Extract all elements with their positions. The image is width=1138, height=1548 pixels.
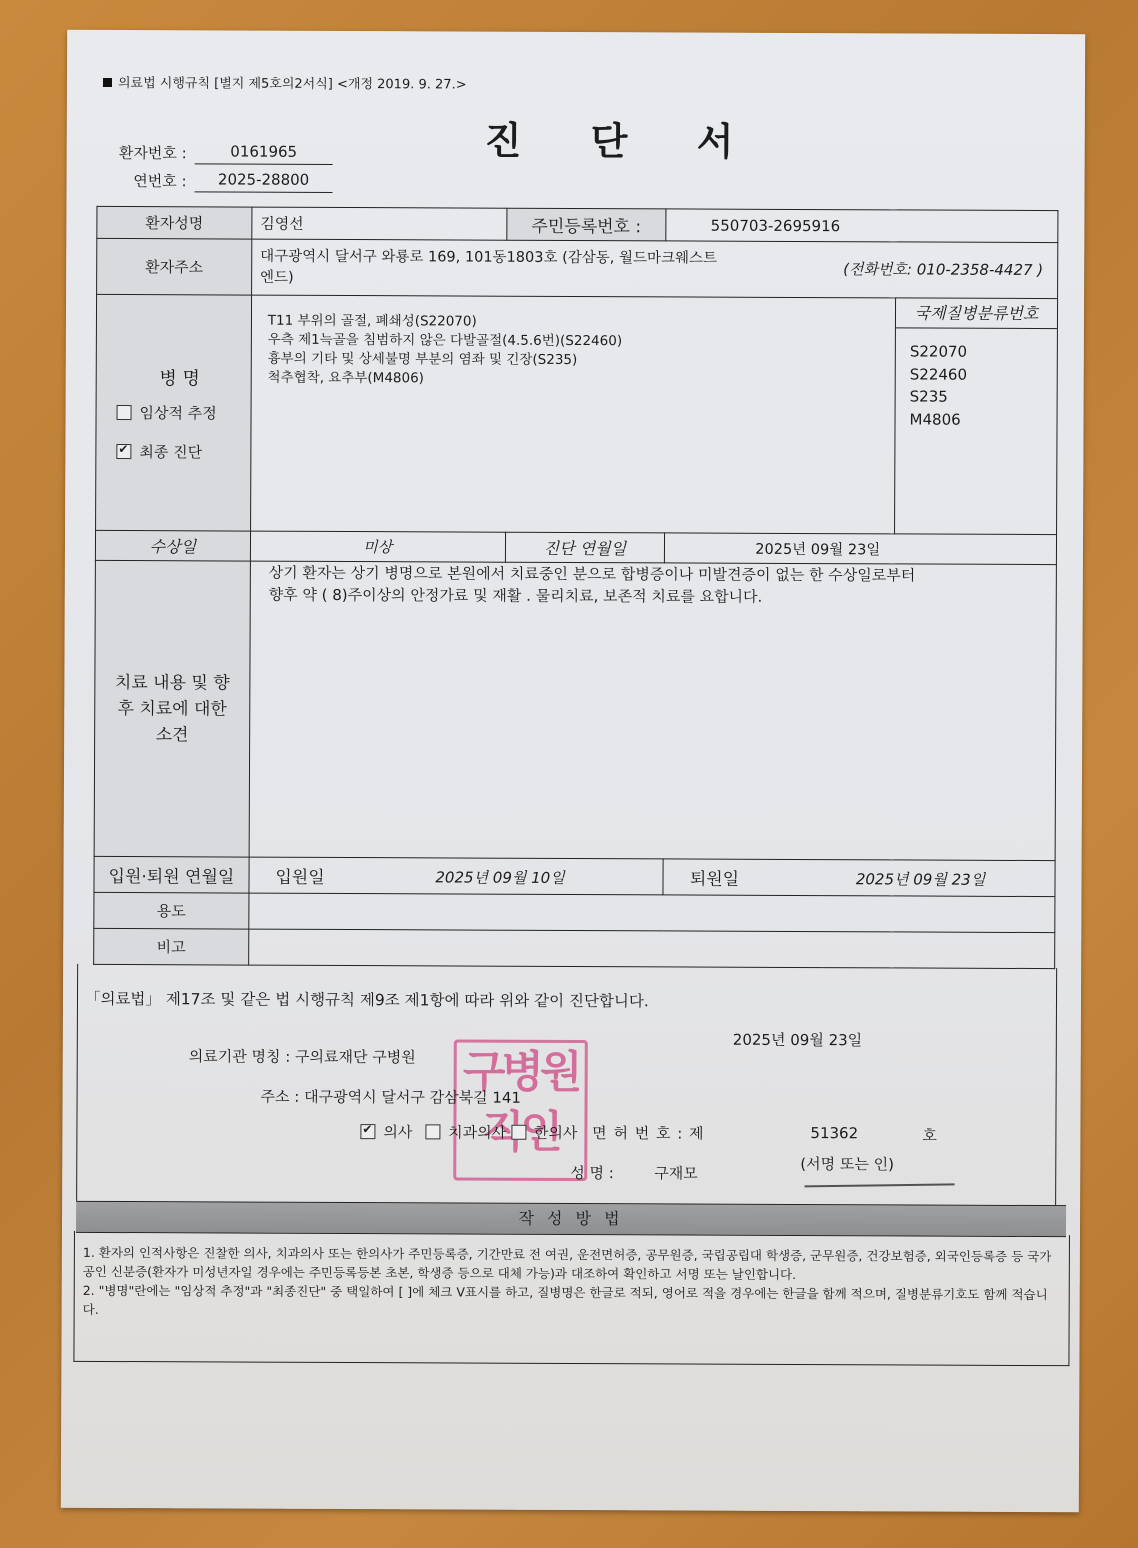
rrn-value: 550703-2695916 (666, 209, 1058, 243)
checkbox-final-diagnosis-checked[interactable] (116, 444, 131, 459)
opinion-text-cell: 상기 환자는 상기 병명으로 본원에서 치료중인 분으로 합병증이나 미발견증이… (249, 561, 1056, 861)
certificate-table: 환자성명 김영선 주민등록번호 : 550703-2695916 환자주소 대구… (93, 206, 1058, 969)
serial-number: 2025-28800 (195, 170, 333, 193)
form-reference: 의료법 시행규칙 [별지 제5호의2서식] <개정 2019. 9. 27.> (103, 72, 467, 93)
opinion-line2: 향후 약 ( 8)주이상의 안정가료 및 재활 . 물리치료, 보존적 치료를 … (269, 584, 1048, 609)
option-final-diagnosis[interactable]: 최종 진단 (116, 441, 242, 463)
icd-header: 국제질병분류번호 (896, 298, 1057, 329)
instructions-box: 1. 환자의 인적사항은 진찰한 의사, 치과의사 또는 한의사가 주민등록증,… (73, 1231, 1070, 1366)
purpose-label: 용도 (94, 892, 249, 929)
diagnosis-line: 척추협착, 요추부(M4806) (268, 369, 885, 391)
diagnosis-date-label: 진단 연월일 (505, 532, 665, 563)
icd-cell: 국제질병분류번호 S22070 S22460 S235 M4806 (895, 298, 1058, 535)
discharge-cell: 퇴원일 2025년 09월 23일 (663, 859, 1055, 897)
institution-address: 대구광역시 달서구 감삼북길 141 (304, 1088, 521, 1107)
purpose-value (249, 893, 1055, 933)
opinion-label: 치료 내용 및 향 후 치료에 대한 소견 (94, 560, 250, 857)
doctor-type-physician[interactable]: 의사 (360, 1123, 412, 1141)
icd-code-list: S22070 S22460 S235 M4806 (896, 328, 1057, 431)
icd-code: S22460 (910, 363, 1057, 386)
discharge-label: 퇴원일 (690, 870, 739, 890)
doctor-type-dentist[interactable]: 치과의사 (425, 1123, 506, 1141)
diagnosis-date: 2025년 09월 23일 (665, 533, 1057, 565)
doctor-type-oriental[interactable]: 한의사 (511, 1124, 578, 1142)
institution-address-label: 주소 : (261, 1088, 300, 1106)
checkbox-clinical-estimate[interactable] (117, 405, 132, 420)
diagnosis-label: 병 명 (117, 364, 243, 391)
form-reference-text: 의료법 시행규칙 [별지 제5호의2서식] <개정 2019. 9. 27.> (118, 76, 467, 93)
institution-row: 의료기관 명칭 : 구의료재단 구병원 (189, 1045, 416, 1067)
option-label: 최종 진단 (139, 443, 202, 461)
institution-address-row: 주소 : 대구광역시 달서구 감삼북길 141 (261, 1086, 522, 1108)
checkbox-dentist[interactable] (425, 1124, 440, 1139)
doctor-type-label: 의사 (383, 1123, 412, 1141)
instruction-item-2: 2. "병명"란에는 "임상적 추정"과 "최종진단" 중 택일하여 [ ]에 … (83, 1281, 1063, 1323)
doctor-type-row: 의사 치과의사 한의사 면 허 번 호 : 제 (360, 1121, 704, 1144)
checkbox-oriental-doctor[interactable] (511, 1125, 526, 1140)
doctor-type-label: 치과의사 (448, 1123, 506, 1141)
injury-date-label: 수상일 (95, 530, 250, 561)
option-clinical-estimate[interactable]: 임상적 추정 (117, 402, 243, 424)
license-label: 면 허 번 호 : 제 (592, 1124, 704, 1142)
institution-label: 의료기관 명칭 : (189, 1047, 291, 1065)
rrn-label: 주민등록번호 : (506, 208, 666, 241)
remarks-value (248, 929, 1054, 969)
icd-code: S235 (910, 385, 1057, 408)
hospitalization-label: 입원·퇴원 연월일 (94, 856, 249, 893)
institution-name: 구의료재단 구병원 (295, 1048, 416, 1067)
injury-date-value: 미상 (250, 531, 505, 562)
serial-number-label: 연번호 : (97, 170, 187, 191)
license-number: 51362 (810, 1124, 858, 1142)
hospital-seal-stamp: 구병원직인 (453, 1039, 588, 1181)
admit-date: 2025년 09월 10일 (435, 866, 564, 888)
option-label: 임상적 추정 (140, 404, 217, 422)
patient-address-label: 환자주소 (97, 238, 252, 295)
square-bullet-icon (103, 78, 112, 87)
license-suffix: 호 (922, 1125, 937, 1146)
remarks-label: 비고 (94, 928, 249, 965)
patient-number: 0161965 (195, 142, 333, 165)
instruction-item-1: 1. 환자의 인적사항은 진찰한 의사, 치과의사 또는 한의사가 주민등록증,… (83, 1243, 1063, 1285)
admit-label: 입원일 (275, 868, 324, 888)
signature-stroke (804, 1143, 955, 1187)
diagnosis-certificate-paper: 의료법 시행규칙 [별지 제5호의2서식] <개정 2019. 9. 27.> … (61, 30, 1085, 1512)
patient-number-label: 환자번호 : (97, 142, 187, 163)
declaration-date: 2025년 09월 23일 (733, 1029, 862, 1051)
doctor-type-label: 한의사 (534, 1124, 578, 1142)
patient-phone: (전화번호: 010-2358-4427 ) (843, 259, 1043, 281)
diagnosis-label-cell: 병 명 임상적 추정 최종 진단 (96, 294, 252, 531)
diagnosis-text-cell: T11 부위의 골절, 폐쇄성(S22070) 우측 제1늑골을 침범하지 않은… (250, 295, 895, 534)
declaration-statement: 「의료법」 제17조 및 같은 법 시행규칙 제9조 제1항에 따라 위와 같이… (85, 987, 649, 1011)
document-title: 진 단 서 (485, 110, 762, 166)
patient-name: 김영선 (252, 207, 507, 240)
patient-name-label: 환자성명 (97, 206, 252, 239)
admit-cell: 입원일 2025년 09월 10일 (249, 857, 664, 895)
icd-code: M4806 (910, 408, 1057, 431)
doctor-name-label: 성 명 : (570, 1162, 614, 1183)
checkbox-physician-checked[interactable] (360, 1124, 375, 1139)
icd-code: S22070 (910, 340, 1057, 363)
patient-address-cell: 대구광역시 달서구 와룡로 169, 101동1803호 (감삼동, 월드마크웨… (251, 239, 1057, 299)
discharge-date: 2025년 09월 23일 (856, 868, 985, 890)
doctor-name: 구재모 (654, 1162, 698, 1183)
